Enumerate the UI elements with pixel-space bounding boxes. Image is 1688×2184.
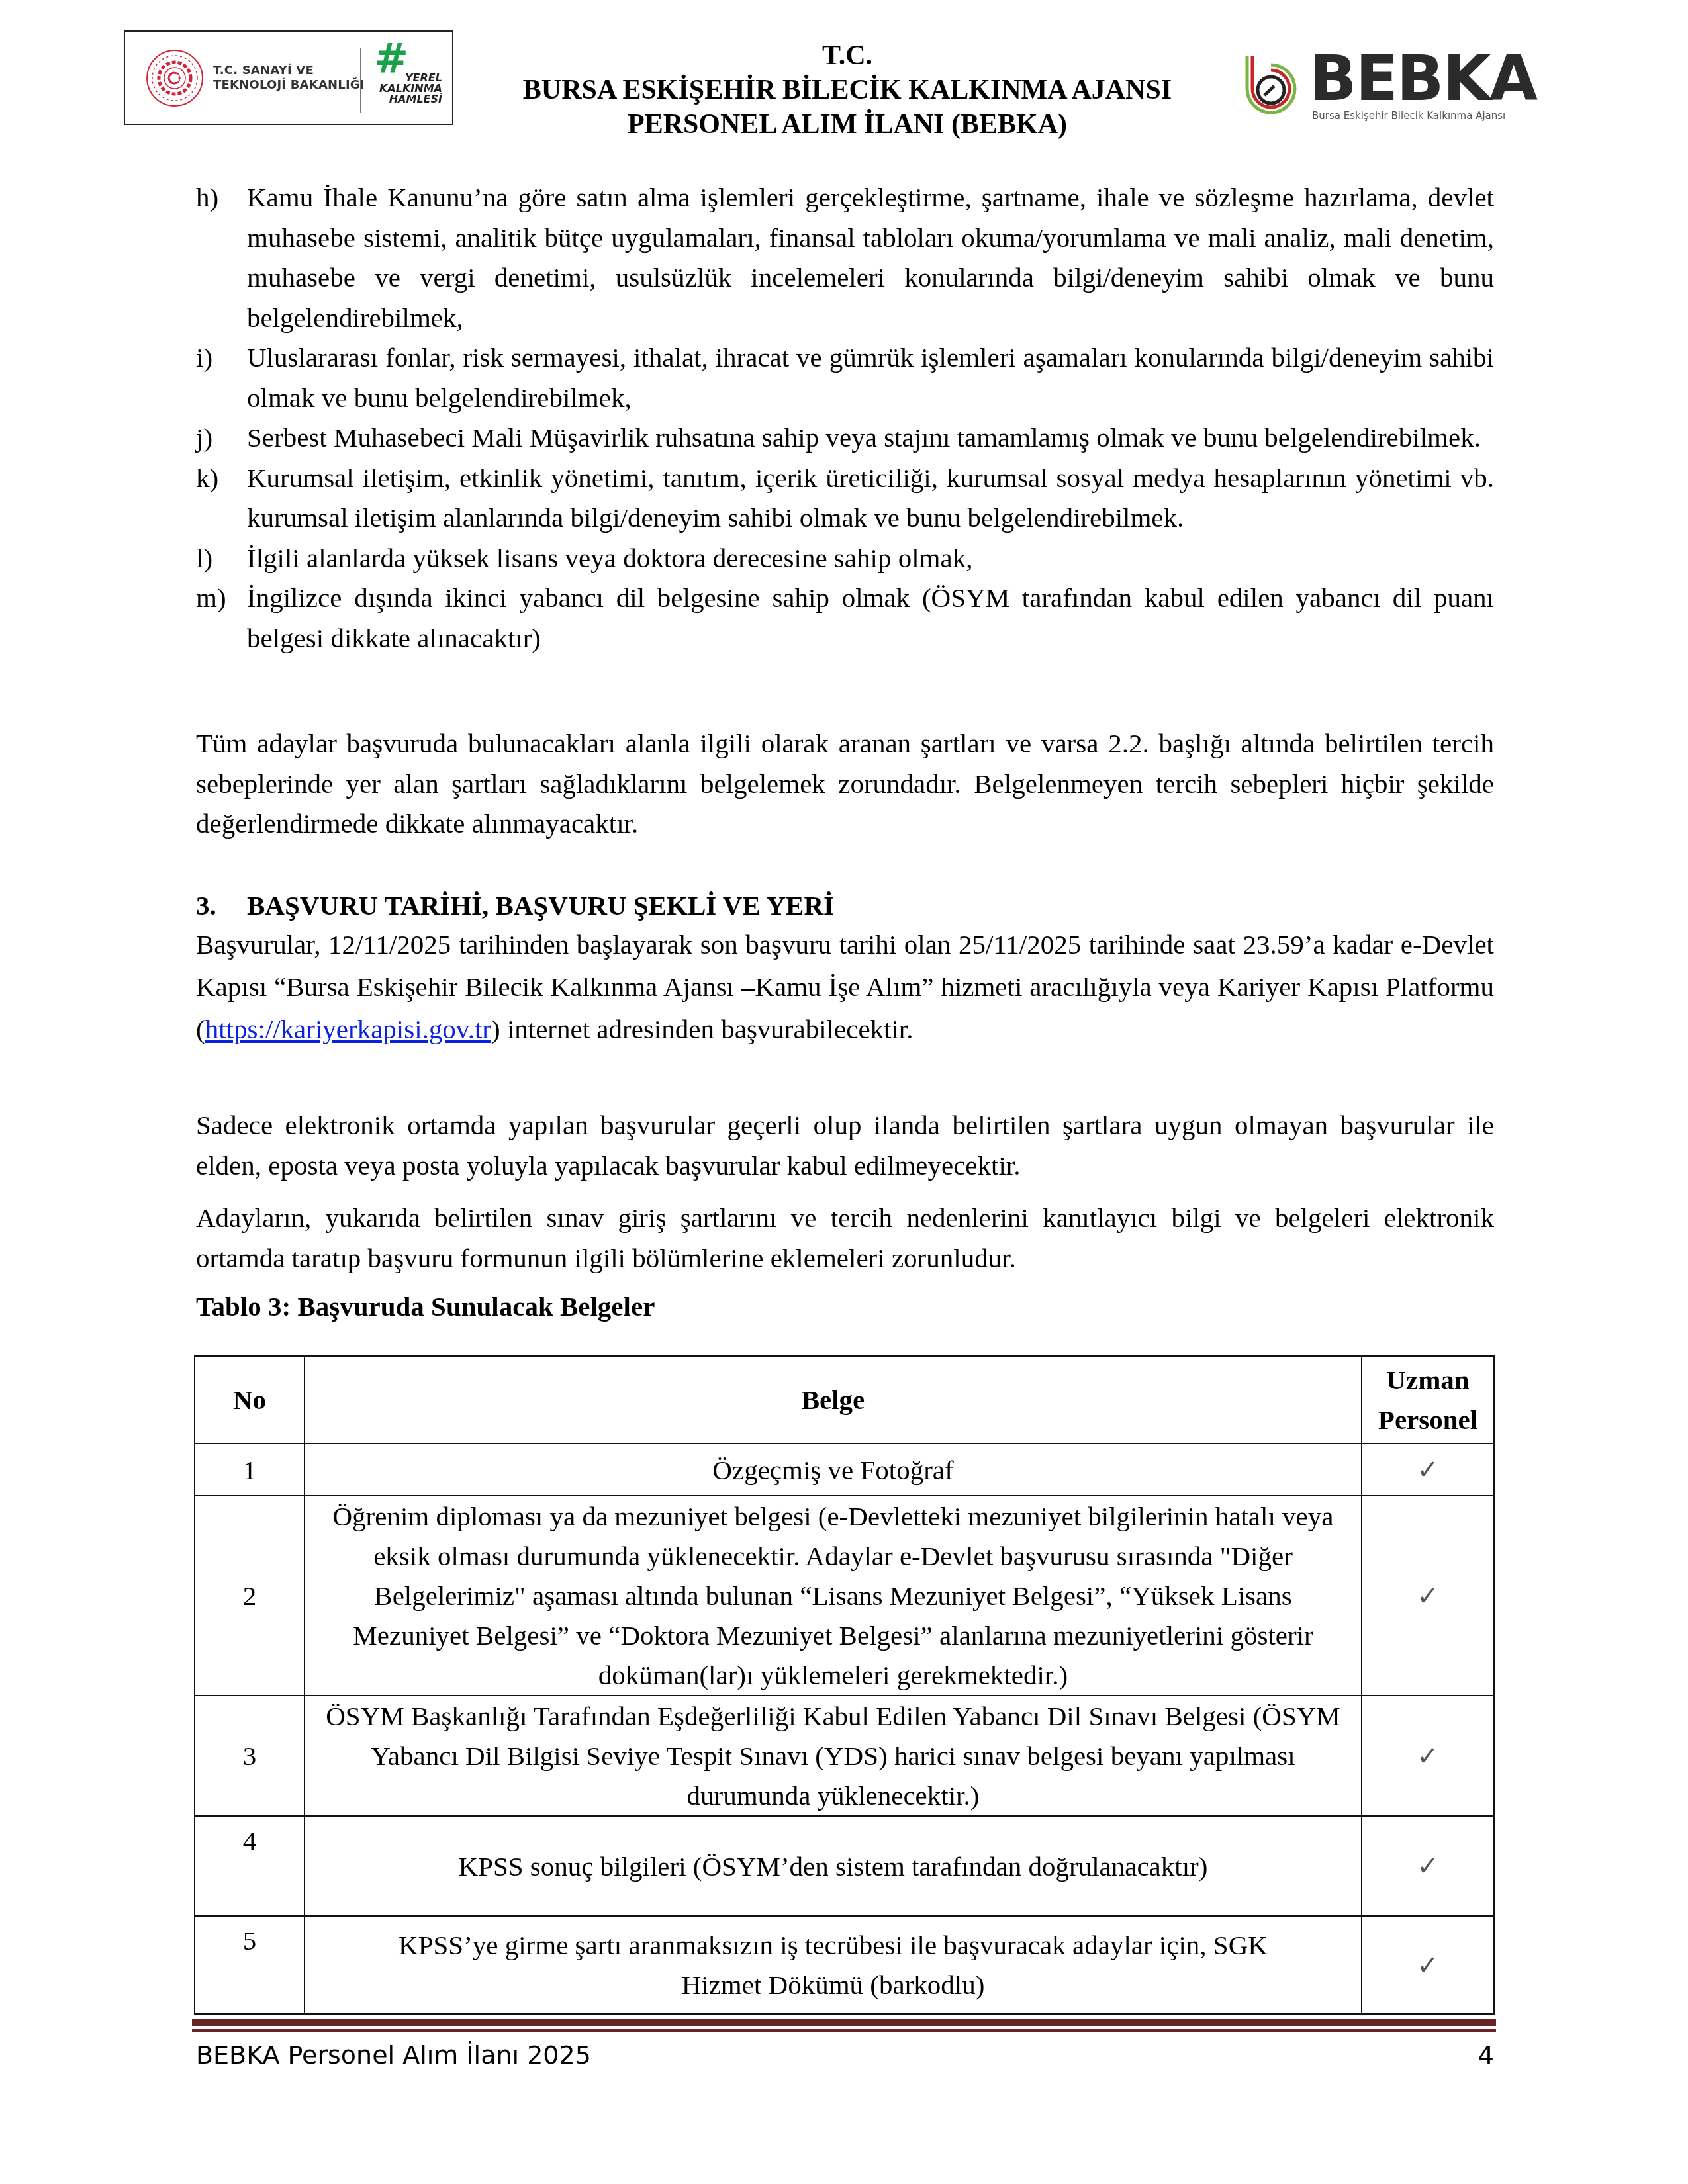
list-item-text: Serbest Muhasebeci Mali Müşavirlik ruhsa… — [247, 418, 1494, 458]
checkmark-icon: ✓ — [1417, 1455, 1439, 1485]
ministry-emblem-icon — [145, 46, 205, 110]
footer-title: BEBKA Personel Alım İlanı 2025 — [196, 2038, 591, 2071]
list-label: h) — [196, 177, 218, 218]
checkmark-icon: ✓ — [1417, 1950, 1439, 1981]
cell-document: Özgeçmiş ve Fotoğraf — [305, 1443, 1362, 1496]
list-item: l) İlgili alanlarda yüksek lisans veya d… — [196, 538, 1494, 578]
list-item: k) Kurumsal iletişim, etkinlik yönetimi,… — [196, 458, 1494, 538]
list-label: m) — [196, 578, 226, 618]
all-candidates-paragraph: Tüm adaylar başvuruda bulunacakları alan… — [196, 723, 1494, 844]
list-label: l) — [196, 538, 212, 578]
bebka-logo: BEBKA Bursa Eskişehir Bilecik Kalkınma A… — [1238, 46, 1516, 126]
table-row: 4 KPSS sonuç bilgileri (ÖSYM’den sistem … — [195, 1816, 1494, 1916]
cell-document: KPSS sonuç bilgileri (ÖSYM’den sistem ta… — [305, 1816, 1362, 1916]
list-label: j) — [196, 418, 212, 458]
table-row: 5 KPSS’ye girme şartı aranmaksızın iş te… — [195, 1916, 1494, 2014]
header-title-line: PERSONEL ALIM İLANI (BEBKA) — [477, 107, 1218, 142]
table-row: 3 ÖSYM Başkanlığı Tarafından Eşdeğerlili… — [195, 1696, 1494, 1816]
list-item-text: İngilizce dışında ikinci yabancı dil bel… — [247, 578, 1494, 658]
requirements-list: h) Kamu İhale Kanunu’na göre satın alma … — [196, 177, 1494, 658]
document-header-title: T.C. BURSA ESKİŞEHİR BİLECİK KALKINMA AJ… — [477, 38, 1218, 142]
table-caption: Tablo 3: Başvuruda Sunulacak Belgeler — [196, 1287, 655, 1326]
list-item: i) Uluslararası fonlar, risk sermayesi, … — [196, 338, 1494, 418]
table-row: 2 Öğrenim diploması ya da mezuniyet belg… — [195, 1496, 1494, 1696]
application-text: ) internet adresinden başvurabilecektir. — [491, 1014, 914, 1044]
header-title-line: BURSA ESKİŞEHİR BİLECİK KALKINMA AJANSI — [477, 73, 1218, 107]
list-item: m) İngilizce dışında ikinci yabancı dil … — [196, 578, 1494, 658]
list-item-text: Uluslararası fonlar, risk sermayesi, ith… — [247, 338, 1494, 418]
cell-document: KPSS’ye girme şartı aranmaksızın iş tecr… — [305, 1916, 1362, 2014]
section-number: 3. — [196, 886, 247, 925]
cell-document: ÖSYM Başkanlığı Tarafından Eşdeğerliliği… — [305, 1696, 1362, 1816]
kariyerkapisi-link[interactable]: https://kariyerkapisi.gov.tr — [205, 1014, 491, 1044]
list-item: j) Serbest Muhasebeci Mali Müşavirlik ru… — [196, 418, 1494, 458]
bebka-wordmark: BEBKA — [1309, 46, 1536, 113]
list-label: i) — [196, 338, 212, 378]
checkmark-icon: ✓ — [1417, 1851, 1439, 1882]
checkmark-icon: ✓ — [1417, 1741, 1439, 1772]
list-item-text: Kurumsal iletişim, etkinlik yönetimi, ta… — [247, 458, 1494, 538]
documents-paragraph: Adayların, yukarıda belirtilen sınav gir… — [196, 1198, 1494, 1278]
documents-table: No Belge Uzman Personel 1 Özgeçmiş ve Fo… — [194, 1355, 1495, 2015]
cell-no: 3 — [195, 1696, 305, 1816]
table-header-row: No Belge Uzman Personel — [195, 1356, 1494, 1443]
list-item-text: Kamu İhale Kanunu’na göre satın alma işl… — [247, 177, 1494, 338]
list-item-text: İlgili alanlarda yüksek lisans veya dokt… — [247, 538, 1494, 578]
list-item: h) Kamu İhale Kanunu’na göre satın alma … — [196, 177, 1494, 338]
header-uzman-line: Uzman — [1366, 1360, 1489, 1400]
electronic-only-paragraph: Sadece elektronik ortamda yapılan başvur… — [196, 1105, 1494, 1185]
header-uzman-line: Personel — [1366, 1400, 1489, 1439]
header-uzman-personel: Uzman Personel — [1362, 1356, 1494, 1443]
bebka-subtitle: Bursa Eskişehir Bilecik Kalkınma Ajansı — [1312, 110, 1505, 122]
footer-rule-thin — [192, 2029, 1496, 2032]
cell-no: 2 — [195, 1496, 305, 1696]
header-title-line: T.C. — [477, 38, 1218, 73]
ministry-name-line2: TEKNOLOJİ BAKANLIĞI — [213, 78, 365, 93]
table-row: 1 Özgeçmiş ve Fotoğraf ✓ — [195, 1443, 1494, 1496]
header-document: Belge — [305, 1356, 1362, 1443]
campaign-name: YEREL KALKINMA HAMLESİ — [379, 73, 442, 105]
list-label: k) — [196, 458, 218, 498]
cell-document: Öğrenim diploması ya da mezuniyet belges… — [305, 1496, 1362, 1696]
section-title: BAŞVURU TARİHİ, BAŞVURU ŞEKLİ VE YERİ — [247, 890, 834, 921]
ministry-logo: T.C. SANAYİ VE TEKNOLOJİ BAKANLIĞI # YER… — [124, 30, 453, 125]
footer-rule — [192, 2019, 1496, 2026]
campaign-line: HAMLESİ — [379, 94, 442, 105]
page-number: 4 — [1478, 2038, 1494, 2071]
ministry-name-line1: T.C. SANAYİ VE — [213, 64, 365, 78]
logo-divider — [360, 48, 361, 113]
cell-no: 1 — [195, 1443, 305, 1496]
application-dates-paragraph: Başvurular, 12/11/2025 tarihinden başlay… — [196, 923, 1494, 1050]
section-heading: 3.BAŞVURU TARİHİ, BAŞVURU ŞEKLİ VE YERİ — [196, 886, 834, 925]
header-no: No — [195, 1356, 305, 1443]
checkmark-icon: ✓ — [1417, 1581, 1439, 1612]
bebka-mark-icon — [1238, 50, 1304, 116]
cell-no: 4 — [195, 1816, 305, 1916]
ministry-name: T.C. SANAYİ VE TEKNOLOJİ BAKANLIĞI — [213, 64, 365, 93]
cell-no: 5 — [195, 1916, 305, 2014]
